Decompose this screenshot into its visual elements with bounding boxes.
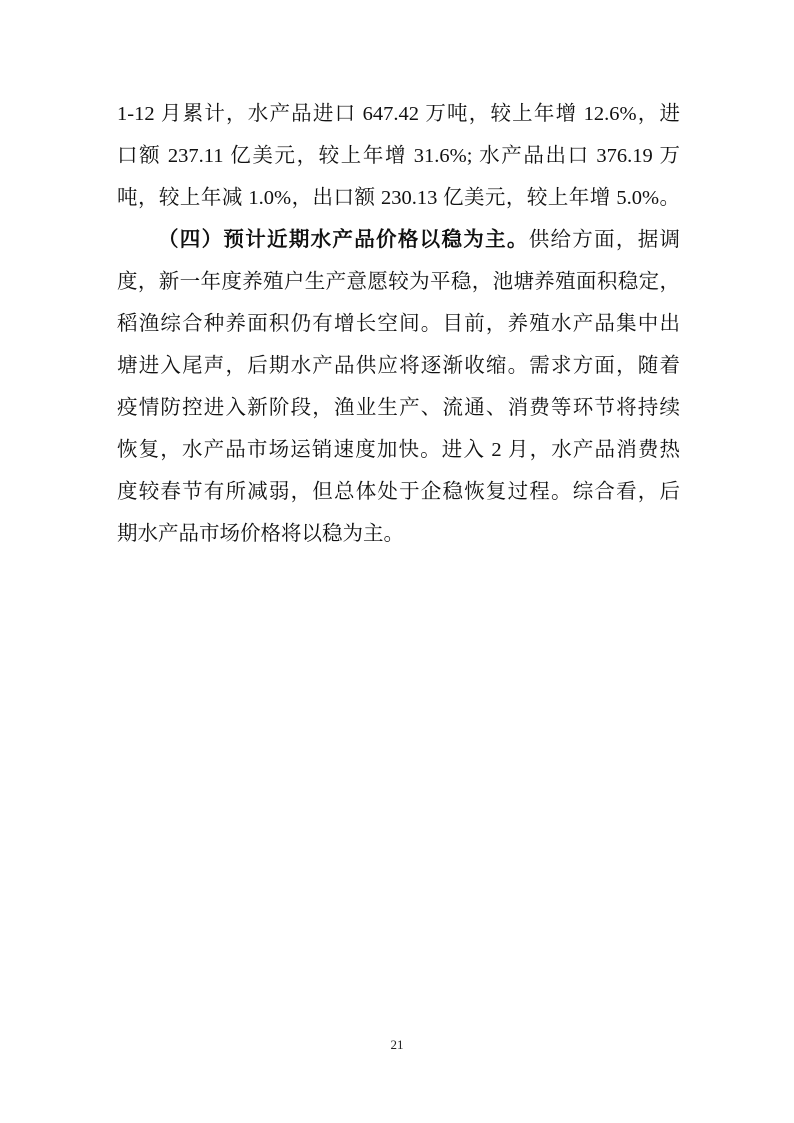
text-line: 口额 237.11 亿美元，较上年增 31.6%; 水产品出口 376.19 万: [117, 135, 680, 177]
text-line: 吨，较上年减 1.0%，出口额 230.13 亿美元，较上年增 5.0%。: [117, 177, 680, 219]
text-line: 度，新一年度养殖户生产意愿较为平稳，池塘养殖面积稳定，: [117, 261, 680, 303]
text-line: 度较春节有所减弱，但总体处于企稳恢复过程。综合看，后: [117, 471, 680, 513]
text-line: 塘进入尾声，后期水产品供应将逐渐收缩。需求方面，随着: [117, 345, 680, 387]
text-line: 期水产品市场价格将以稳为主。: [117, 513, 680, 555]
section-heading: （四）预计近期水产品价格以稳为主。: [158, 229, 529, 251]
text-line: 疫情防控进入新阶段，渔业生产、流通、消费等环节将持续: [117, 387, 680, 429]
text-line: 稻渔综合种养面积仍有增长空间。目前，养殖水产品集中出: [117, 303, 680, 345]
text-line: （四）预计近期水产品价格以稳为主。供给方面，据调: [117, 219, 680, 261]
text-line: 1-12 月累计，水产品进口 647.42 万吨，较上年增 12.6%，进: [117, 93, 680, 135]
page-number: 21: [391, 1037, 404, 1052]
page-footer: 21: [0, 1036, 794, 1054]
text-run: 供给方面，据调: [529, 229, 680, 251]
document-body: 1-12 月累计，水产品进口 647.42 万吨，较上年增 12.6%，进 口额…: [117, 93, 680, 555]
document-page: 1-12 月累计，水产品进口 647.42 万吨，较上年增 12.6%，进 口额…: [0, 0, 794, 1123]
text-line: 恢复，水产品市场运销速度加快。进入 2 月，水产品消费热: [117, 429, 680, 471]
